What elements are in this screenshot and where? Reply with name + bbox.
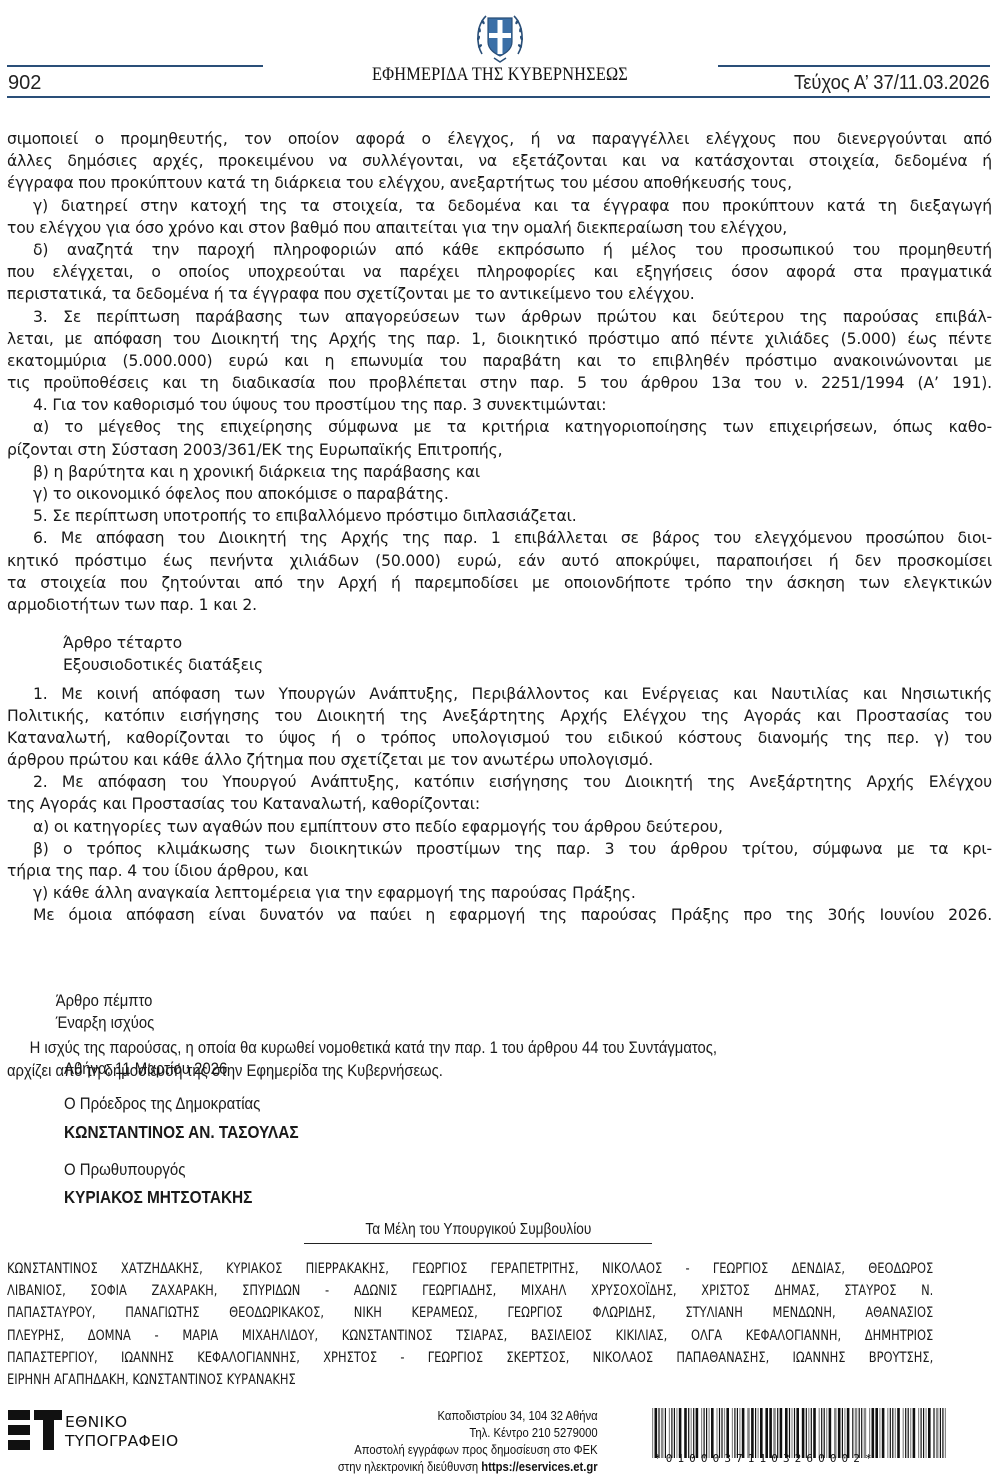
text-line: 3. Σε περίπτωση παράβασης των απαγορεύσε… bbox=[7, 306, 992, 328]
document-body: σιμοποιεί ο προμηθευτής, τον οποίον αφορ… bbox=[7, 128, 992, 927]
text-line: ρίζονται στη Σύσταση 2003/361/ΕΚ της Ευρ… bbox=[7, 439, 992, 461]
text-line: 5. Σε περίπτωση υποτροπής το επιβαλλόμεν… bbox=[7, 505, 992, 527]
text-line: γ) διατηρεί στην κατοχή της τα στοιχεία,… bbox=[7, 195, 992, 217]
text-line: τις προϋποθέσεις και τη διαδικασία που π… bbox=[7, 372, 992, 394]
text-line: τήρια της παρ. 4 του ίδιου άρθρου, και bbox=[7, 860, 992, 882]
gazette-title: ΕΦΗΜΕΡΙΔΑ ΤΗΣ ΚΥΒΕΡΝΗΣΕΩΣ bbox=[343, 64, 656, 86]
article4-subheading: Εξουσιοδοτικές διατάξεις bbox=[7, 654, 992, 676]
text-line: άρθρου πρώτου και κάθε άλλο ζήτημα που σ… bbox=[7, 749, 992, 771]
phone: Τηλ. Κέντρο 210 5279000 bbox=[338, 1425, 598, 1442]
council-members-line: ΠΑΠΑΣΤΕΡΓΙΟΥ, ΙΩΑΝΝΗΣ ΚΕΦΑΛΟΓΙΑΝΝΗΣ, ΧΡΗ… bbox=[7, 1347, 933, 1369]
article5-heading: Άρθρο πέμπτο bbox=[7, 990, 864, 1012]
council-members-line: ΠΛΕΥΡΗΣ, ΔΟΜΝΑ - ΜΑΡΙΑ ΜΙΧΑΗΛΙΔΟΥ, ΚΩΝΣΤ… bbox=[7, 1325, 933, 1347]
council-heading: Τα Μέλη του Υπουργικού Συμβουλίου bbox=[304, 1221, 652, 1244]
publisher-name: ΕΘΝΙΚΟ ΤΥΠΟΓΡΑΦΕΙΟ bbox=[65, 1413, 178, 1451]
council-members-line: ΛΙΒΑΝΙΟΣ, ΣΟΦΙΑ ΖΑΧΑΡΑΚΗ, ΣΠΥΡΙΔΩΝ - ΑΔΩ… bbox=[7, 1280, 933, 1302]
page-number: 902 bbox=[8, 72, 41, 95]
text-line: β) η βαρύτητα και η χρονική διάρκεια της… bbox=[7, 461, 992, 483]
text-line: εκατομμύρια (5.000.000) ευρώ και η επωνυ… bbox=[7, 350, 992, 372]
text-line: 4. Για τον καθορισμό του ύψους του προστ… bbox=[7, 394, 992, 416]
article5-subheading: Έναρξη ισχύος bbox=[7, 1012, 864, 1034]
president-title: Ο Πρόεδρος της Δημοκρατίας bbox=[64, 1094, 260, 1114]
council-members-line: ΠΑΠΑΣΤΑΥΡΟΥ, ΠΑΝΑΓΙΩΤΗΣ ΘΕΟΔΩΡΙΚΑΚΟΣ, ΝΙ… bbox=[7, 1302, 933, 1324]
pm-name: ΚΥΡΙΑΚΟΣ ΜΗΤΣΟΤΑΚΗΣ bbox=[64, 1187, 252, 1208]
text-line: δ) αναζητά την παροχή πληροφοριών από κά… bbox=[7, 239, 992, 261]
text-line: άλλες δημόσιες αρχές, προκειμένου να συλ… bbox=[7, 150, 992, 172]
eservices-link[interactable]: https://eservices.et.gr bbox=[482, 1460, 598, 1474]
text-line: της Αγοράς και Προστασίας του Καταναλωτή… bbox=[7, 793, 992, 815]
text-line: γ) το οικονομικό όφελος που αποκόμισε ο … bbox=[7, 483, 992, 505]
et-logo-icon bbox=[8, 1410, 60, 1450]
council-members-line: ΚΩΝΣΤΑΝΤΙΝΟΣ ΧΑΤΖΗΔΑΚΗΣ, ΚΥΡΙΑΚΟΣ ΠΙΕΡΡΑ… bbox=[7, 1258, 933, 1280]
text-line: 2. Με απόφαση του Υπουργού Ανάπτυξης, κα… bbox=[7, 771, 992, 793]
text-line: Πολιτικής, κατόπιν εισήγησης του Διοικητ… bbox=[7, 705, 992, 727]
pm-title: Ο Πρωθυπουργός bbox=[64, 1160, 185, 1180]
text-line: περιστατικά, τα δεδομένα ή τα έγγραφα πο… bbox=[7, 283, 992, 305]
text-line: γ) κάθε άλλη αναγκαία λεπτομέρεια για τη… bbox=[7, 882, 992, 904]
text-line: α) το μέγεθος της επιχείρησης σύμφωνα με… bbox=[7, 416, 992, 438]
place-date: Αθήνα, 11 Μαρτίου 2026 bbox=[64, 1059, 227, 1079]
submission-text: Αποστολή εγγράφων προς δημοσίευση στο ΦΕ… bbox=[338, 1442, 598, 1459]
header-rule-right bbox=[718, 65, 990, 67]
text-line: που ελέγχεται, ο οποίος υποχρεούται να π… bbox=[7, 261, 992, 283]
council-members-list: ΚΩΝΣΤΑΝΤΙΝΟΣ ΧΑΤΖΗΔΑΚΗΣ, ΚΥΡΙΑΚΟΣ ΠΙΕΡΡΑ… bbox=[7, 1258, 933, 1391]
barcode-number: *01000371103260002* bbox=[654, 1452, 944, 1465]
text-line: αρμοδιοτήτων των παρ. 1 και 2. bbox=[7, 594, 992, 616]
header-rule-left bbox=[7, 65, 263, 67]
text-line: 6. Με απόφαση του Διοικητή της Αρχής της… bbox=[7, 527, 992, 549]
article5-line-1: Η ισχύς της παρούσας, η οποία θα κυρωθεί… bbox=[7, 1037, 864, 1060]
text-line: λεται, με απόφαση του Διοικητή της Αρχής… bbox=[7, 328, 992, 350]
council-members-line: ΕΙΡΗΝΗ ΑΓΑΠΗΔΑΚΗ, ΚΩΝΣΤΑΝΤΙΝΟΣ ΚΥΡΑΝΑΚΗΣ bbox=[7, 1369, 933, 1391]
article4-heading: Άρθρο τέταρτο bbox=[7, 632, 992, 654]
text-line: έγγραφα που προκύπτουν κατά τη διάρκεια … bbox=[7, 172, 992, 194]
text-line: σιμοποιεί ο προμηθευτής, τον οποίον αφορ… bbox=[7, 128, 992, 150]
text-line: κητικό πρόστιμο έως πενήντα χιλιάδων (50… bbox=[7, 550, 992, 572]
text-line: β) ο τρόπος κλιμάκωσης των διοικητικών π… bbox=[7, 838, 992, 860]
president-name: ΚΩΝΣΤΑΝΤΙΝΟΣ ΑΝ. ΤΑΣΟΥΛΑΣ bbox=[64, 1122, 299, 1143]
text-line: α) οι κατηγορίες των αγαθών που εμπίπτου… bbox=[7, 816, 992, 838]
text-line: του ελέγχου για όσο χρόνο και στον βαθμό… bbox=[7, 217, 992, 239]
publisher-contact: Καποδιστρίου 34, 104 32 Αθήνα Τηλ. Κέντρ… bbox=[309, 1408, 598, 1476]
header-rule-bottom bbox=[7, 96, 990, 98]
article3-text: σιμοποιεί ο προμηθευτής, τον οποίον αφορ… bbox=[7, 128, 992, 616]
text-line: 1. Με κοινή απόφαση των Υπουργών Ανάπτυξ… bbox=[7, 683, 992, 705]
barcode-icon bbox=[650, 1408, 946, 1458]
url-line: στην ηλεκτρονική διεύθυνση https://eserv… bbox=[338, 1459, 598, 1476]
address: Καποδιστρίου 34, 104 32 Αθήνα bbox=[338, 1408, 598, 1425]
text-line: τα στοιχεία που ζητούνται από την Αρχή ή… bbox=[7, 572, 992, 594]
greek-coat-of-arms-icon bbox=[474, 8, 526, 66]
gazette-header: 902 ΕΦΗΜΕΡΙΔΑ ΤΗΣ ΚΥΒΕΡΝΗΣΕΩΣ Τεύχος Α’ … bbox=[0, 0, 1000, 100]
text-line: Με όμοια απόφαση είναι δυνατόν να παύει … bbox=[7, 904, 992, 926]
issue-number: Τεύχος Α’ 37/11.03.2026 bbox=[794, 72, 990, 95]
text-line: Καταναλωτή, καθορίζονται το ύψος ή ο τρό… bbox=[7, 727, 992, 749]
article4-text: 1. Με κοινή απόφαση των Υπουργών Ανάπτυξ… bbox=[7, 683, 992, 927]
